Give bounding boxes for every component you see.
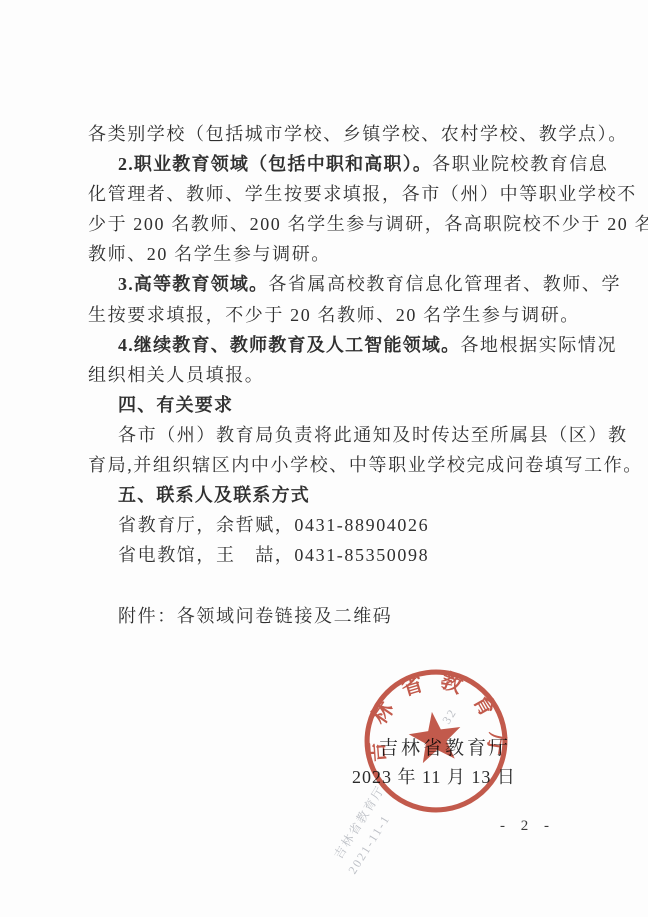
document-page: 各类别学校（包括城市学校、乡镇学校、农村学校、教学点）。2.职业教育领域（包括中…	[0, 0, 648, 917]
text-run: 生按要求填报，不少于 20 名教师、20 名学生参与调研。	[88, 305, 580, 325]
document-line: 少于 200 名教师、200 名学生参与调研，各高职院校不少于 20 名	[88, 209, 566, 239]
document-line: 五、联系人及联系方式	[88, 480, 566, 510]
official-seal-icon: 吉林省教育厅	[361, 666, 511, 816]
text-run: 化管理者、教师、学生按要求填报，各市（州）中等职业学校不	[88, 184, 637, 204]
document-line: 省电教馆，王 喆，0431-85350098	[88, 540, 566, 570]
text-run: 省电教馆，王 喆，0431-85350098	[118, 545, 429, 565]
document-line: 化管理者、教师、学生按要求填报，各市（州）中等职业学校不	[88, 179, 566, 209]
text-run: 各职业院校教育信息	[432, 154, 608, 174]
document-line: 各市（州）教育局负责将此通知及时传达至所属县（区）教	[88, 420, 566, 450]
text-run: 教师、20 名学生参与调研。	[88, 244, 331, 264]
text-run: 各地根据实际情况	[460, 335, 617, 355]
document-line: 组织相关人员填报。	[88, 360, 566, 390]
document-line: 附件：各领域问卷链接及二维码	[88, 601, 566, 631]
text-run: 各类别学校（包括城市学校、乡镇学校、农村学校、教学点）。	[88, 124, 628, 144]
text-run-bold: 五、联系人及联系方式	[118, 485, 310, 505]
document-line: 各类别学校（包括城市学校、乡镇学校、农村学校、教学点）。	[88, 119, 566, 149]
text-run-bold: 3.高等教育领域。	[118, 274, 268, 294]
document-line: 3.高等教育领域。各省属高校教育信息化管理者、教师、学	[88, 269, 566, 299]
text-run: 组织相关人员填报。	[88, 365, 264, 385]
page-number: - 2 -	[500, 818, 555, 835]
document-line: 教师、20 名学生参与调研。	[88, 239, 566, 269]
text-run: 省教育厅，余哲赋，0431-88904026	[118, 515, 429, 535]
document-line: 育局,并组织辖区内中小学校、中等职业学校完成问卷填写工作。	[88, 450, 566, 480]
text-run-bold: 四、有关要求	[118, 395, 233, 415]
text-run: 附件：各领域问卷链接及二维码	[118, 606, 392, 626]
blank-line	[88, 570, 566, 600]
document-line: 四、有关要求	[88, 390, 566, 420]
body-text: 各类别学校（包括城市学校、乡镇学校、农村学校、教学点）。2.职业教育领域（包括中…	[88, 119, 566, 631]
document-line: 省教育厅，余哲赋，0431-88904026	[88, 510, 566, 540]
text-run-bold: 2.职业教育领域（包括中职和高职）。	[118, 154, 432, 174]
document-line: 4.继续教育、教师教育及人工智能领域。各地根据实际情况	[88, 330, 566, 360]
text-run: 各省属高校教育信息化管理者、教师、学	[268, 274, 621, 294]
text-run-bold: 4.继续教育、教师教育及人工智能领域。	[118, 335, 460, 355]
document-line: 2.职业教育领域（包括中职和高职）。各职业院校教育信息	[88, 149, 566, 179]
seal-star-icon	[406, 708, 464, 764]
text-run: 育局,并组织辖区内中小学校、中等职业学校完成问卷填写工作。	[88, 455, 643, 475]
text-run: 各市（州）教育局负责将此通知及时传达至所属县（区）教	[118, 425, 628, 445]
document-line: 生按要求填报，不少于 20 名教师、20 名学生参与调研。	[88, 300, 566, 330]
text-run: 少于 200 名教师、200 名学生参与调研，各高职院校不少于 20 名	[88, 214, 648, 234]
